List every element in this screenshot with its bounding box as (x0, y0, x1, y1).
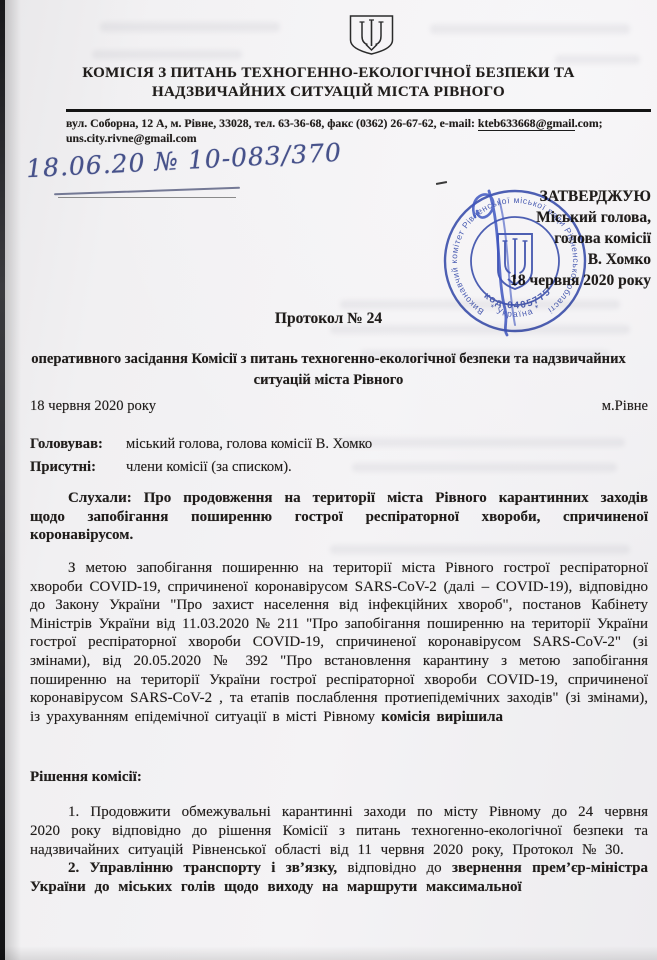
bleed-through-smudge (330, 545, 630, 554)
coat-of-arms-trident-icon (348, 14, 395, 56)
organization-name-line2: НАДЗВИЧАЙНИХ СИТУАЦІЙ МІСТА РІВНОГО (0, 83, 657, 102)
scan-edge-strip (0, 0, 5, 960)
address-text: вул. Соборна, 12 А, м. Рівне, 33028, тел… (66, 116, 478, 130)
decision-heading: Рішення комісії: (30, 769, 142, 786)
preamble-text: З метою запобігання поширенню на територ… (30, 560, 648, 725)
seal-trident-icon (498, 234, 532, 289)
preamble-paragraph: З метою запобігання поширенню на територ… (30, 559, 648, 726)
organization-name: КОМІСІЯ З ПИТАНЬ ТЕХНОГЕННО-ЕКОЛОГІЧНОЇ … (0, 64, 657, 102)
organization-name-line1: КОМІСІЯ З ПИТАНЬ ТЕХНОГЕННО-ЕКОЛОГІЧНОЇ … (0, 64, 657, 83)
item2-addressee: 2. Управлінню транспорту і зв’язку, (68, 860, 337, 876)
preamble-resolution-phrase: комісія вирішила (381, 709, 503, 725)
chair-row: Головував: міський голова, голова комісі… (30, 436, 648, 453)
bleed-through-smudge (100, 22, 280, 32)
resolution-item-1: 1. Продовжити обмежувальні карантинні за… (30, 803, 648, 859)
scanned-protocol-document: КОМІСІЯ З ПИТАНЬ ТЕХНОГЕННО-ЕКОЛОГІЧНОЇ … (0, 0, 657, 960)
bleed-through-smudge (430, 24, 630, 34)
item2-connector: відповідно до (337, 860, 452, 876)
header-divider-rule (66, 109, 651, 112)
chair-label: Головував: (30, 436, 126, 453)
present-value: члени комісії (за списком). (126, 459, 292, 476)
present-row: Присутні: члени комісії (за списком). (30, 459, 648, 476)
heard-paragraph: Слухали: Про продовження на території мі… (30, 489, 648, 545)
protocol-place: м.Рівне (602, 398, 648, 415)
present-label: Присутні: (30, 459, 126, 476)
contact-info: вул. Соборна, 12 А, м. Рівне, 33028, тел… (66, 116, 651, 145)
protocol-subtitle: оперативного засідання Комісії з питань … (28, 349, 629, 390)
chair-value: міський голова, голова комісії В. Хомко (126, 436, 372, 453)
protocol-date: 18 червня 2020 року (30, 398, 156, 415)
date-place-row: 18 червня 2020 року м.Рівне (30, 398, 648, 415)
email-primary-suffix: .com; (575, 116, 603, 130)
protocol-title: Протокол № 24 (0, 310, 657, 328)
bleed-through-smudge (555, 55, 640, 64)
email-primary: kteb633668@gmail (478, 116, 575, 131)
bleed-through-smudge (92, 50, 242, 59)
resolution-items: 1. Продовжити обмежувальні карантинні за… (30, 803, 648, 897)
handwritten-underline-stroke (54, 187, 240, 195)
resolution-item-2: 2. Управлінню транспорту і зв’язку, відп… (30, 859, 648, 897)
email-secondary: uns.city.rivne@gmail.com (66, 131, 197, 145)
reference-line (58, 197, 236, 198)
